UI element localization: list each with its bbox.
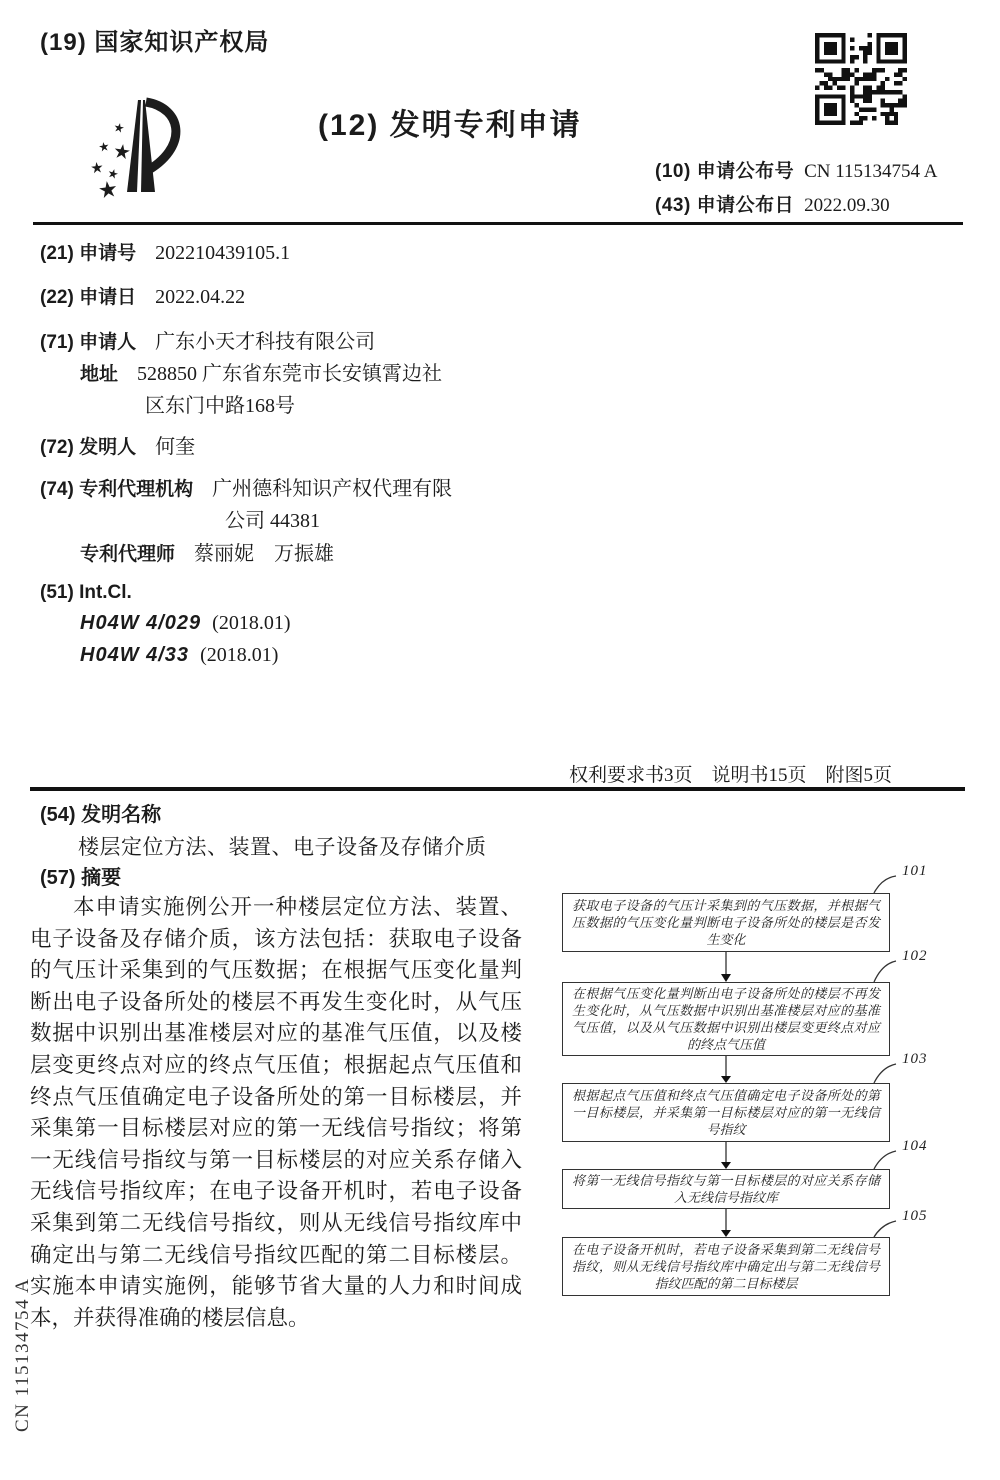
flow-step-104-text: 将第一无线信号指纹与第一目标楼层的对应关系存储入无线信号指纹库 [563, 1172, 889, 1206]
intcl-row: (51) Int.Cl. [40, 581, 132, 604]
abstract-section-label: (57) 摘要 [40, 861, 121, 890]
app-date-label: (22) 申请日 [40, 287, 136, 308]
publication-date-row: (43) 申请公布日 2022.09.30 [655, 190, 965, 217]
app-date-value: 2022.04.22 [155, 286, 245, 308]
address-row: 地址 528850 广东省东莞市长安镇霄边社 [80, 357, 442, 386]
address-label: 地址 [80, 364, 118, 385]
flow-step-102: 在根据气压变化量判断出电子设备所处的楼层不再发生变化时，从气压数据中识别出基准楼… [562, 982, 890, 1056]
flow-step-103-ref: 103 [902, 1051, 928, 1068]
agent-value: 蔡丽妮 万振雄 [194, 543, 334, 565]
inventor-label: (72) 发明人 [40, 437, 136, 458]
pub-date-label: (43) 申请公布日 [655, 195, 794, 216]
agency-label: (74) 专利代理机构 [40, 479, 193, 500]
flow-step-105-ref: 105 [902, 1208, 928, 1225]
flow-step-101: 获取电子设备的气压计采集到的气压数据，并根据气压数据的气压变化量判断电子设备所处… [562, 893, 890, 952]
agency-row: (74) 专利代理机构 广州德科知识产权代理有限 [40, 472, 452, 501]
flowchart-figure: 获取电子设备的气压计采集到的气压数据，并根据气压数据的气压变化量判断电子设备所处… [540, 860, 1000, 1330]
application-date-row: (22) 申请日 2022.04.22 [40, 282, 245, 309]
patent-front-page: (19) 国家知识产权局 (12) 发明专利申请 (10) 申请公布号 CN 1… [0, 0, 1000, 1480]
flow-step-102-ref: 102 [902, 948, 928, 965]
applicant-value: 广东小天才科技有限公司 [155, 331, 375, 353]
agent-label: 专利代理师 [80, 544, 175, 565]
doc-type-title: (12) 发明专利申请 [318, 100, 582, 144]
qr-code [815, 33, 907, 125]
flow-step-103: 根据起点气压值和终点气压值确定电子设备所处的第一目标楼层，并采集第一目标楼层对应… [562, 1083, 890, 1142]
abstract-text: 本申请实施例公开一种楼层定位方法、装置、电子设备及存储介质，该方法包括：获取电子… [30, 892, 522, 1334]
flow-step-105-text: 在电子设备开机时，若电子设备采集到第二无线信号指纹，则从无线信号指纹库中确定出与… [563, 1241, 889, 1292]
agency-value-line1: 广州德科知识产权代理有限 [212, 478, 452, 500]
application-number-row: (21) 申请号 202210439105.1 [40, 238, 290, 265]
intcl-label: (51) Int.Cl. [40, 582, 132, 603]
address-value-line1: 528850 广东省东莞市长安镇霄边社 [137, 363, 442, 385]
pages-summary: 权利要求书3页 说明书15页 附图5页 [540, 760, 892, 787]
publication-number-row: (10) 申请公布号 CN 115134754 A [655, 156, 965, 183]
agency-row-line2: 公司 44381 [225, 504, 320, 533]
flow-step-101-ref: 101 [902, 863, 928, 880]
inventor-row: (72) 发明人 何奎 [40, 430, 195, 459]
app-no-label: (21) 申请号 [40, 243, 136, 264]
vertical-doc-id: CN 115134754 A [12, 1282, 34, 1432]
invention-title: 楼层定位方法、装置、电子设备及存储介质 [78, 831, 487, 861]
applicant-row: (71) 申请人 广东小天才科技有限公司 [40, 325, 375, 354]
section-divider [30, 787, 965, 791]
title-section-label: (54) 发明名称 [40, 798, 161, 827]
address-value-line2: 区东门中路168号 [145, 395, 295, 417]
flow-step-105: 在电子设备开机时，若电子设备采集到第二无线信号指纹，则从无线信号指纹库中确定出与… [562, 1237, 890, 1296]
ipc-code-1: H04W 4/029 [80, 612, 201, 634]
applicant-label: (71) 申请人 [40, 332, 136, 353]
flow-step-103-text: 根据起点气压值和终点气压值确定电子设备所处的第一目标楼层，并采集第一目标楼层对应… [563, 1087, 889, 1138]
office-name: (19) 国家知识产权局 [40, 22, 269, 57]
flow-step-102-text: 在根据气压变化量判断出电子设备所处的楼层不再发生变化时，从气压数据中识别出基准楼… [563, 985, 889, 1053]
inventor-value: 何奎 [155, 436, 195, 458]
cnipa-logo-icon [85, 92, 197, 202]
ipc-year-1: (2018.01) [212, 612, 290, 634]
ipc-entry-row: H04W 4/029 (2018.01) [80, 612, 291, 635]
pub-no-value: CN 115134754 A [804, 161, 937, 182]
flow-step-104: 将第一无线信号指纹与第一目标楼层的对应关系存储入无线信号指纹库 [562, 1169, 890, 1209]
ipc-year-2: (2018.01) [200, 644, 278, 666]
agent-row: 专利代理师 蔡丽妮 万振雄 [80, 537, 334, 566]
agency-value-line2: 公司 44381 [225, 510, 320, 532]
ipc-entry-row: H04W 4/33 (2018.01) [80, 644, 278, 667]
app-no-value: 202210439105.1 [155, 242, 290, 264]
address-row-line2: 区东门中路168号 [145, 389, 295, 418]
flow-step-101-text: 获取电子设备的气压计采集到的气压数据，并根据气压数据的气压变化量判断电子设备所处… [563, 897, 889, 948]
header-divider [33, 222, 963, 225]
flow-step-104-ref: 104 [902, 1138, 928, 1155]
ipc-code-2: H04W 4/33 [80, 644, 189, 666]
pub-no-label: (10) 申请公布号 [655, 161, 794, 182]
pub-date-value: 2022.09.30 [804, 195, 890, 216]
